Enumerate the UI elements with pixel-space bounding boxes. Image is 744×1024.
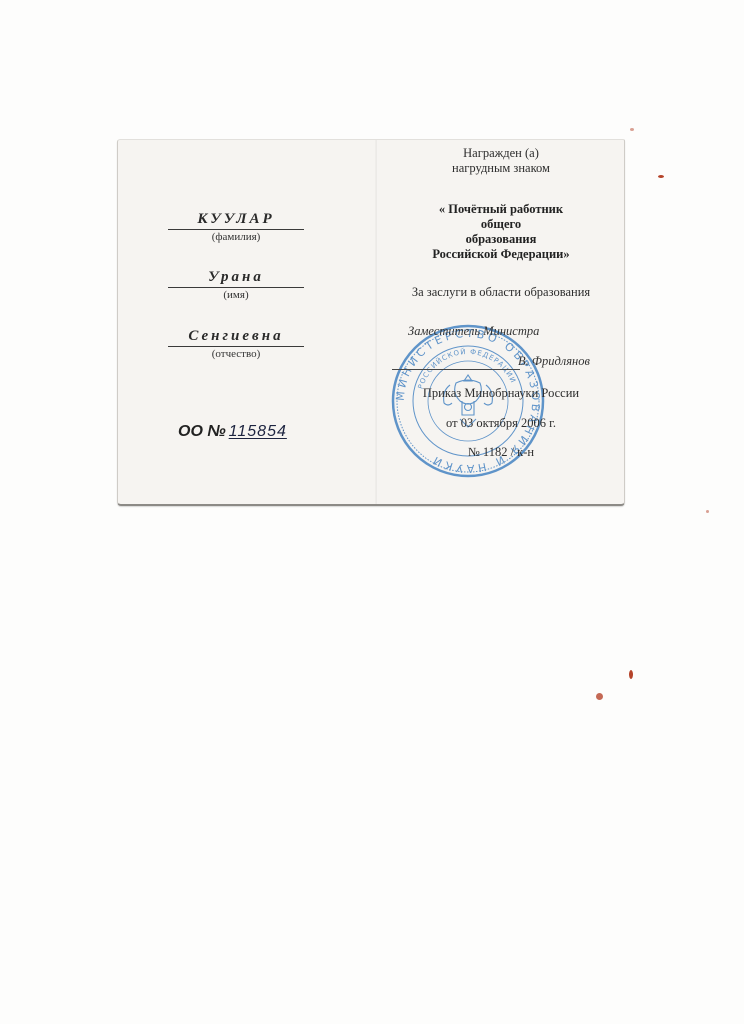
left-page: КУУЛАР (фамилия) Урана (имя) Сенгиевна (…	[118, 140, 375, 504]
scan-speck	[630, 128, 634, 131]
signatory-name: В. Фридлянов	[518, 354, 590, 369]
surname-caption: (фамилия)	[168, 231, 304, 243]
scan-speck	[596, 693, 603, 700]
first-name-underline	[168, 287, 304, 288]
patronymic-underline	[168, 346, 304, 347]
first-name-value: Урана	[168, 268, 304, 286]
awarded-text: Награжден (а) нагрудным знаком	[378, 146, 624, 176]
merit-text: За заслуги в области образования	[378, 285, 624, 300]
patronymic-field: Сенгиевна (отчество)	[168, 327, 304, 360]
first-name-field: Урана (имя)	[168, 268, 304, 301]
surname-field: КУУЛАР (фамилия)	[168, 210, 304, 243]
serial-number: ОО №115854	[178, 423, 287, 441]
first-name-caption: (имя)	[168, 289, 304, 301]
signatory-role: Заместитель Министра	[408, 324, 539, 339]
surname-value: КУУЛАР	[168, 210, 304, 228]
surname-underline	[168, 229, 304, 230]
right-page: МИНИСТЕРСТВО ОБРАЗОВАНИЯ И НАУКИ РОССИЙС…	[378, 140, 624, 504]
badge-title-line: Российской Федерации»	[378, 247, 624, 262]
badge-title-line: общего	[378, 217, 624, 232]
badge-title-line: образования	[378, 232, 624, 247]
badge-title: « Почётный работник общего образования Р…	[378, 202, 624, 262]
order-text: Приказ Минобрнауки России	[378, 386, 624, 401]
scan-speck	[629, 670, 633, 679]
award-certificate: КУУЛАР (фамилия) Урана (имя) Сенгиевна (…	[117, 139, 625, 506]
patronymic-caption: (отчество)	[168, 348, 304, 360]
awarded-line-1: Награжден (а)	[378, 146, 624, 161]
signature-line	[392, 369, 520, 370]
patronymic-value: Сенгиевна	[168, 327, 304, 345]
serial-value: 115854	[229, 423, 287, 440]
serial-prefix: ОО №	[178, 423, 226, 440]
order-number: № 1182 / к-н	[378, 445, 624, 460]
order-date: от 03 октября 2006 г.	[378, 416, 624, 431]
scan-speck	[658, 175, 664, 178]
awarded-line-2: нагрудным знаком	[378, 161, 624, 176]
badge-title-line: « Почётный работник	[378, 202, 624, 217]
scan-speck	[706, 510, 709, 513]
